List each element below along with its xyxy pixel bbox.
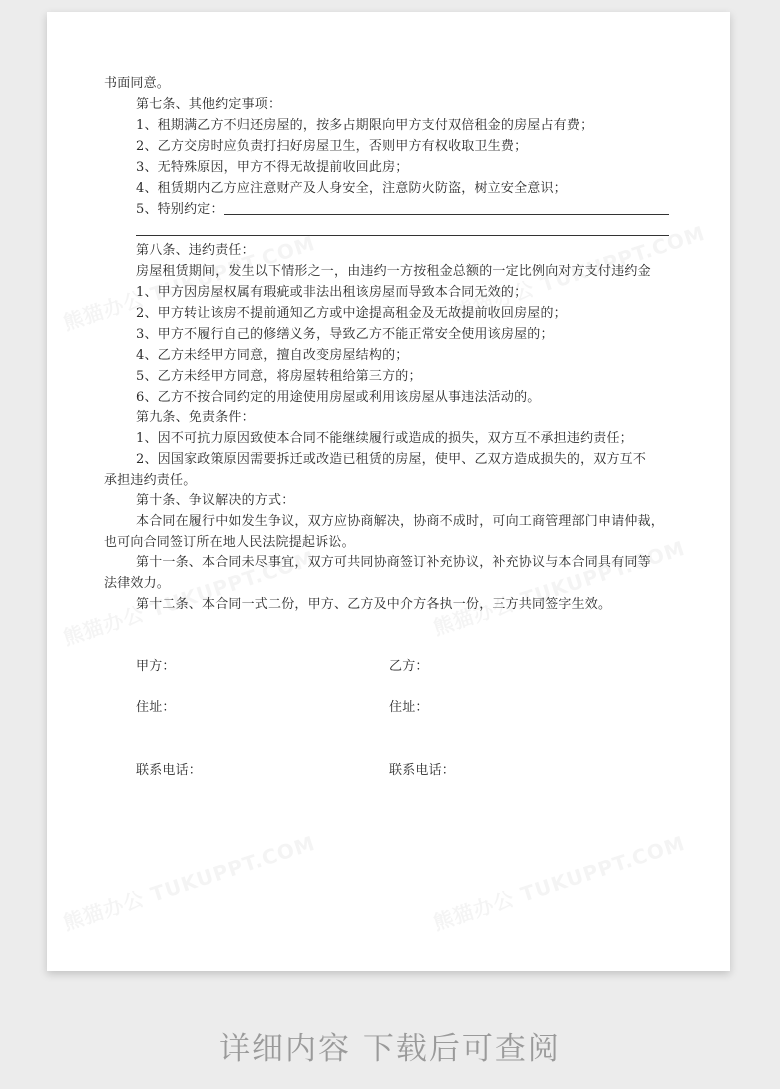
paragraph-text-continued: 法律效力。 [104, 576, 170, 592]
party-b-label: 乙方： [389, 659, 429, 675]
blank-underline [224, 214, 669, 215]
list-item: 5、乙方未经甲方同意，将房屋转租给第三方的； [136, 369, 422, 385]
list-item: 5、特别约定： [136, 202, 224, 218]
paragraph-text-continued: 也可向合同签订所在地人民法院提起诉讼。 [104, 535, 355, 551]
watermark: 熊猫办公 TUKUPPT.COM [429, 827, 688, 936]
party-a-phone-label: 联系电话： [136, 763, 202, 779]
article-heading: 第九条、免责条件： [136, 410, 255, 426]
list-item: 2、因国家政策原因需要拆迁或改造已租赁的房屋，使甲、乙双方造成损失的，双方互不 [136, 452, 646, 468]
list-item: 3、无特殊原因，甲方不得无故提前收回此房； [136, 160, 408, 176]
list-item: 1、甲方因房屋权属有瑕疵或非法出租该房屋而导致本合同无效的； [136, 285, 527, 301]
list-item: 2、甲方转让该房不提前通知乙方或中途提高租金及无故提前收回房屋的； [136, 306, 567, 322]
paragraph-text: 房屋租赁期间，发生以下情形之一，由违约一方按租金总额的一定比例向对方支付违约金 [136, 264, 651, 280]
download-prompt: 详细内容 下载后可查阅 [0, 1023, 780, 1068]
party-b-address-label: 住址： [389, 700, 429, 716]
list-item-continued: 承担违约责任。 [104, 473, 196, 489]
watermark: 熊猫办公 TUKUPPT.COM [429, 532, 688, 641]
article-heading: 第十条、争议解决的方式： [136, 493, 294, 509]
article-heading: 第八条、违约责任： [136, 243, 255, 259]
list-item: 3、甲方不履行自己的修缮义务，导致乙方不能正常安全使用该房屋的； [136, 327, 554, 343]
party-b-phone-label: 联系电话： [389, 763, 455, 779]
blank-underline [136, 235, 669, 236]
party-a-address-label: 住址： [136, 700, 176, 716]
paragraph-text: 书面同意。 [104, 76, 170, 92]
paragraph-text: 本合同在履行中如发生争议，双方应协商解决，协商不成时，可向工商管理部门申请仲裁， [136, 514, 664, 530]
document-page: 熊猫办公 TUKUPPT.COM 熊猫办公 TUKUPPT.COM 熊猫办公 T… [47, 12, 730, 971]
list-item: 6、乙方不按合同约定的用途使用房屋或利用该房屋从事违法活动的。 [136, 390, 540, 406]
list-item: 4、租赁期内乙方应注意财产及人身安全，注意防火防盗，树立安全意识； [136, 181, 567, 197]
article-heading: 第七条、其他约定事项： [136, 97, 281, 113]
list-item: 4、乙方未经甲方同意，擅自改变房屋结构的； [136, 348, 408, 364]
list-item: 2、乙方交房时应负责打扫好房屋卫生，否则甲方有权收取卫生费； [136, 139, 527, 155]
article-heading: 第十一条、本合同未尽事宜，双方可共同协商签订补充协议，补充协议与本合同具有同等 [136, 555, 651, 571]
list-item: 1、租期满乙方不归还房屋的，按多占期限向甲方支付双倍租金的房屋占有费； [136, 118, 593, 134]
list-item: 1、因不可抗力原因致使本合同不能继续履行或造成的损失，双方互不承担违约责任； [136, 431, 633, 447]
party-a-label: 甲方： [136, 659, 176, 675]
article-heading: 第十二条、本合同一式二份，甲方、乙方及中介方各执一份，三方共同签字生效。 [136, 597, 611, 613]
watermark: 熊猫办公 TUKUPPT.COM [59, 827, 318, 936]
